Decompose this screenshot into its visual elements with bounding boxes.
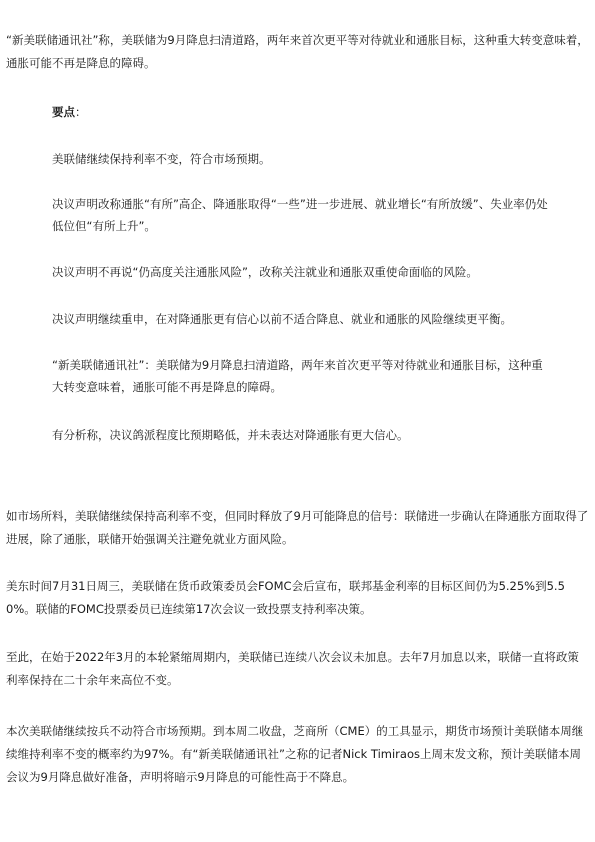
intro-paragraph: “新美联储通讯社”称，美联储为9月降息扫清道路，两年来首次更平等对待就业和通胀目…: [6, 29, 589, 75]
key-point-item: 决议声明不再说“仍高度关注通胀风险”，改称关注就业和通胀双重使命面临的风险。: [52, 261, 552, 283]
body-paragraph: 美东时间7月31日周三，美联储在货币政策委员会FOMC会后宣布，联邦基金利率的目…: [6, 575, 589, 621]
key-points-heading-text: 要点: [52, 105, 75, 119]
key-point-item: 美联储继续保持利率不变，符合市场预期。: [52, 148, 552, 170]
key-point-item: 决议声明改称通胀“有所”高企、降通胀取得“一些”进一步进展、就业增长“有所放缓”…: [52, 193, 552, 237]
key-points-heading-colon: ：: [75, 105, 87, 119]
key-point-item: 有分析称，决议鸽派程度比预期略低，并未表达对降通胀有更大信心。: [52, 424, 552, 446]
key-point-item: 决议声明继续重申，在对降通胀更有信心以前不适合降息、就业和通胀的风险继续更平衡。: [52, 308, 552, 330]
body-paragraph: 如市场所料，美联储继续保持高利率不变，但同时释放了9月可能降息的信号：联储进一步…: [6, 505, 589, 551]
key-points-heading: 要点：: [52, 101, 552, 123]
key-point-item: “新美联储通讯社”：美联储为9月降息扫清道路，两年来首次更平等对待就业和通胀目标…: [52, 354, 552, 398]
body-paragraph: 至此，在始于2022年3月的本轮紧缩周期内，美联储已连续八次会议未加息。去年7月…: [6, 646, 589, 692]
body-paragraph: 本次美联储继续按兵不动符合市场预期。到本周二收盘，芝商所（CME）的工具显示，期…: [6, 720, 589, 789]
